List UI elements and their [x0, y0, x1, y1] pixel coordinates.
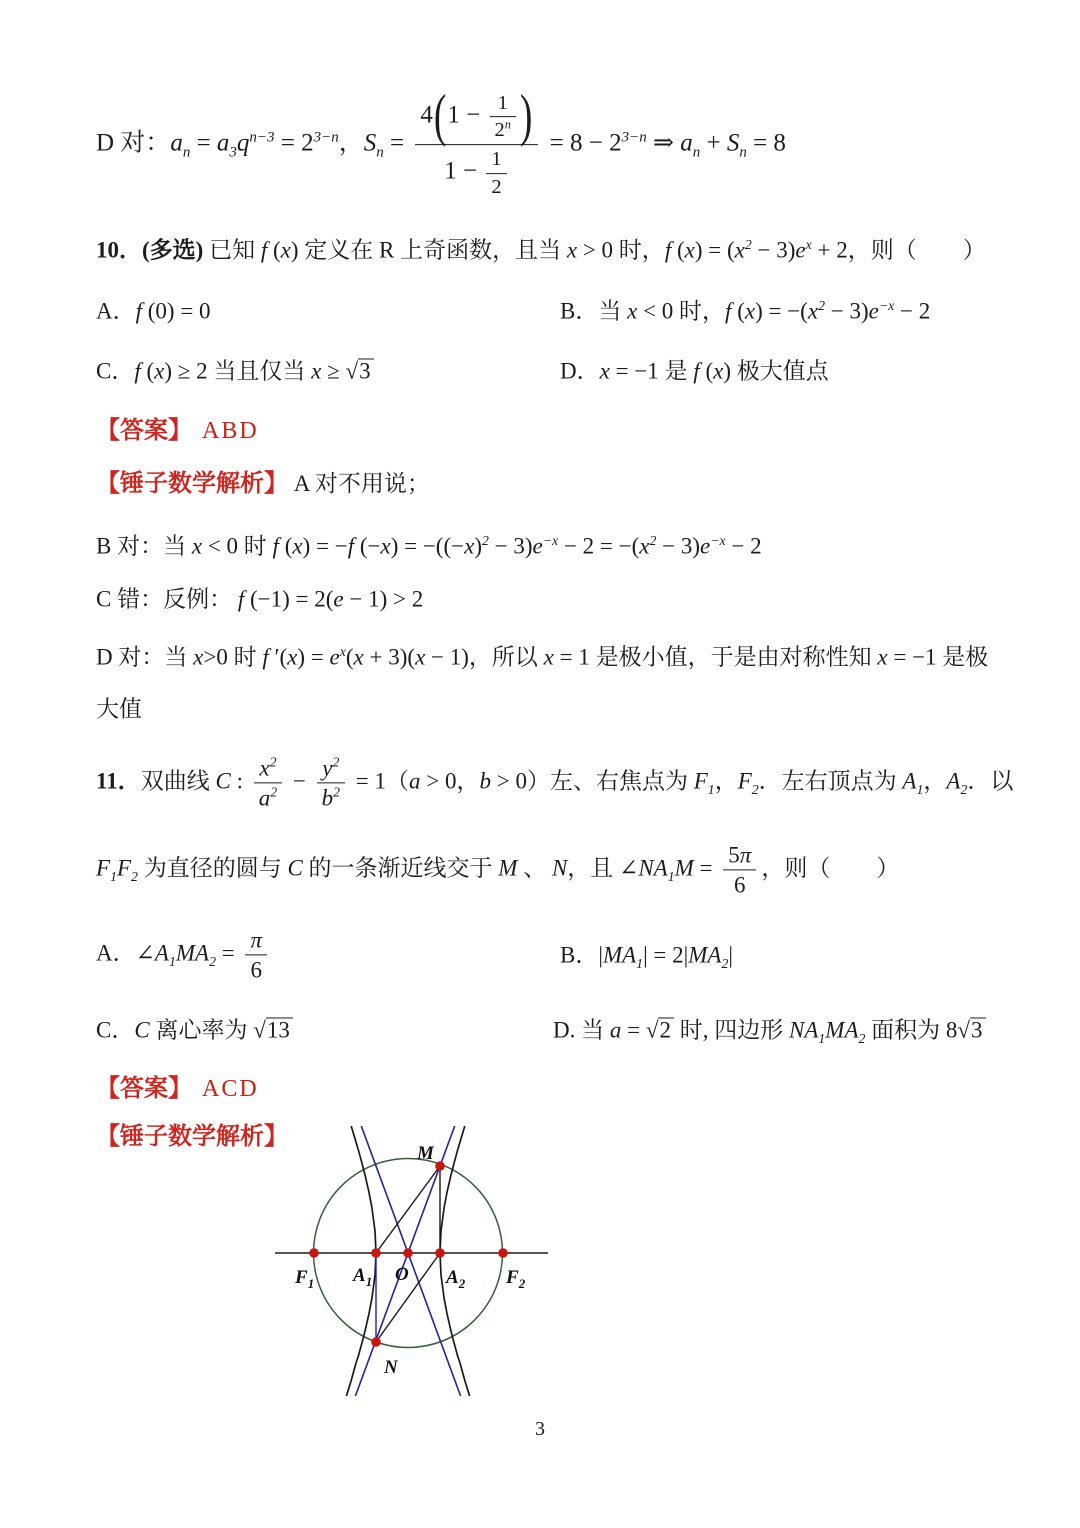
- label-a2: A2: [445, 1267, 466, 1291]
- hyperbola-figure: M N F1 A1 O A2 F2: [255, 1118, 575, 1410]
- label-n: N: [383, 1357, 399, 1378]
- label-f1: F1: [294, 1267, 314, 1291]
- question-11-stem-line2: F1F2 为直径的圆与 C 的一条渐近线交于 M 、 N，且 ∠NA1M = 5…: [96, 840, 899, 899]
- document-page: D 对：an = a3qn−3 = 23−n，Sn = 4(1 − 12n)1 …: [0, 0, 1080, 1528]
- question-11-option-b: B．|MA1| = 2|MA2|: [560, 939, 733, 970]
- page-number: 3: [0, 1418, 1080, 1441]
- question-10-option-b: B．当 x < 0 时，f (x) = −(x2 − 3)e−x − 2: [560, 295, 930, 326]
- label-a1: A1: [352, 1265, 372, 1289]
- point-f2: [498, 1248, 508, 1258]
- answer-value: ACD: [202, 1076, 259, 1102]
- label-m: M: [416, 1143, 435, 1164]
- question-10-option-a: A．f (0) = 0: [96, 295, 211, 326]
- question-10-option-d: D．x = −1 是 f (x) 极大值点: [560, 355, 829, 386]
- point-m: [435, 1161, 445, 1171]
- question-11-stem-line1: 11．双曲线 C : x2a2 − y2b2 = 1（a > 0，b > 0）左…: [96, 753, 1013, 812]
- question-10-option-c: C．f (x) ≥ 2 当且仅当 x ≥ √3: [96, 355, 374, 386]
- answer-value: ABD: [202, 418, 259, 444]
- question-11-option-d: D. 当 a = √2 时, 四边形 NA1MA2 面积为 8√3: [553, 1014, 986, 1045]
- label-f2: F2: [505, 1267, 526, 1291]
- point-o: [403, 1248, 413, 1258]
- point-a2: [435, 1248, 445, 1258]
- question-10-analysis-c: C 错：反例： f (−1) = 2(e − 1) > 2: [96, 583, 423, 614]
- answer-label: 【答案】: [96, 1075, 192, 1102]
- question-10-answer-row: 【答案】ABD: [96, 415, 259, 447]
- question-10-analysis-d: D 对：当 x>0 时 f ′(x) = ex(x + 3)(x − 1)，所以…: [96, 641, 988, 672]
- question-11-option-a: A．∠A1MA2 = π6: [96, 925, 272, 984]
- solution-line-d-q9: D 对：an = a3qn−3 = 23−n，Sn = 4(1 − 12n)1 …: [96, 89, 786, 201]
- analysis-intro: A 对不用说；: [294, 471, 430, 496]
- point-a1: [371, 1248, 381, 1258]
- question-10-analysis-b: B 对：当 x < 0 时 f (x) = −f (−x) = −((−x)2 …: [96, 530, 762, 561]
- point-n: [371, 1337, 381, 1347]
- question-10-stem: 10．(多选) 已知 f (x) 定义在 R 上奇函数，且当 x > 0 时，f…: [96, 234, 986, 265]
- segment-m-a1: [376, 1166, 440, 1253]
- label-o: O: [395, 1264, 409, 1285]
- analysis-label: 【锤子数学解析】: [96, 470, 288, 497]
- question-11-answer-row: 【答案】ACD: [96, 1073, 259, 1105]
- question-10-analysis-row: 【锤子数学解析】 A 对不用说；: [96, 468, 430, 500]
- question-10-analysis-d-cont: 大值: [96, 693, 142, 724]
- point-f1: [309, 1248, 319, 1258]
- question-11-option-c: C．C 离心率为 √13: [96, 1014, 293, 1045]
- answer-label: 【答案】: [96, 417, 192, 444]
